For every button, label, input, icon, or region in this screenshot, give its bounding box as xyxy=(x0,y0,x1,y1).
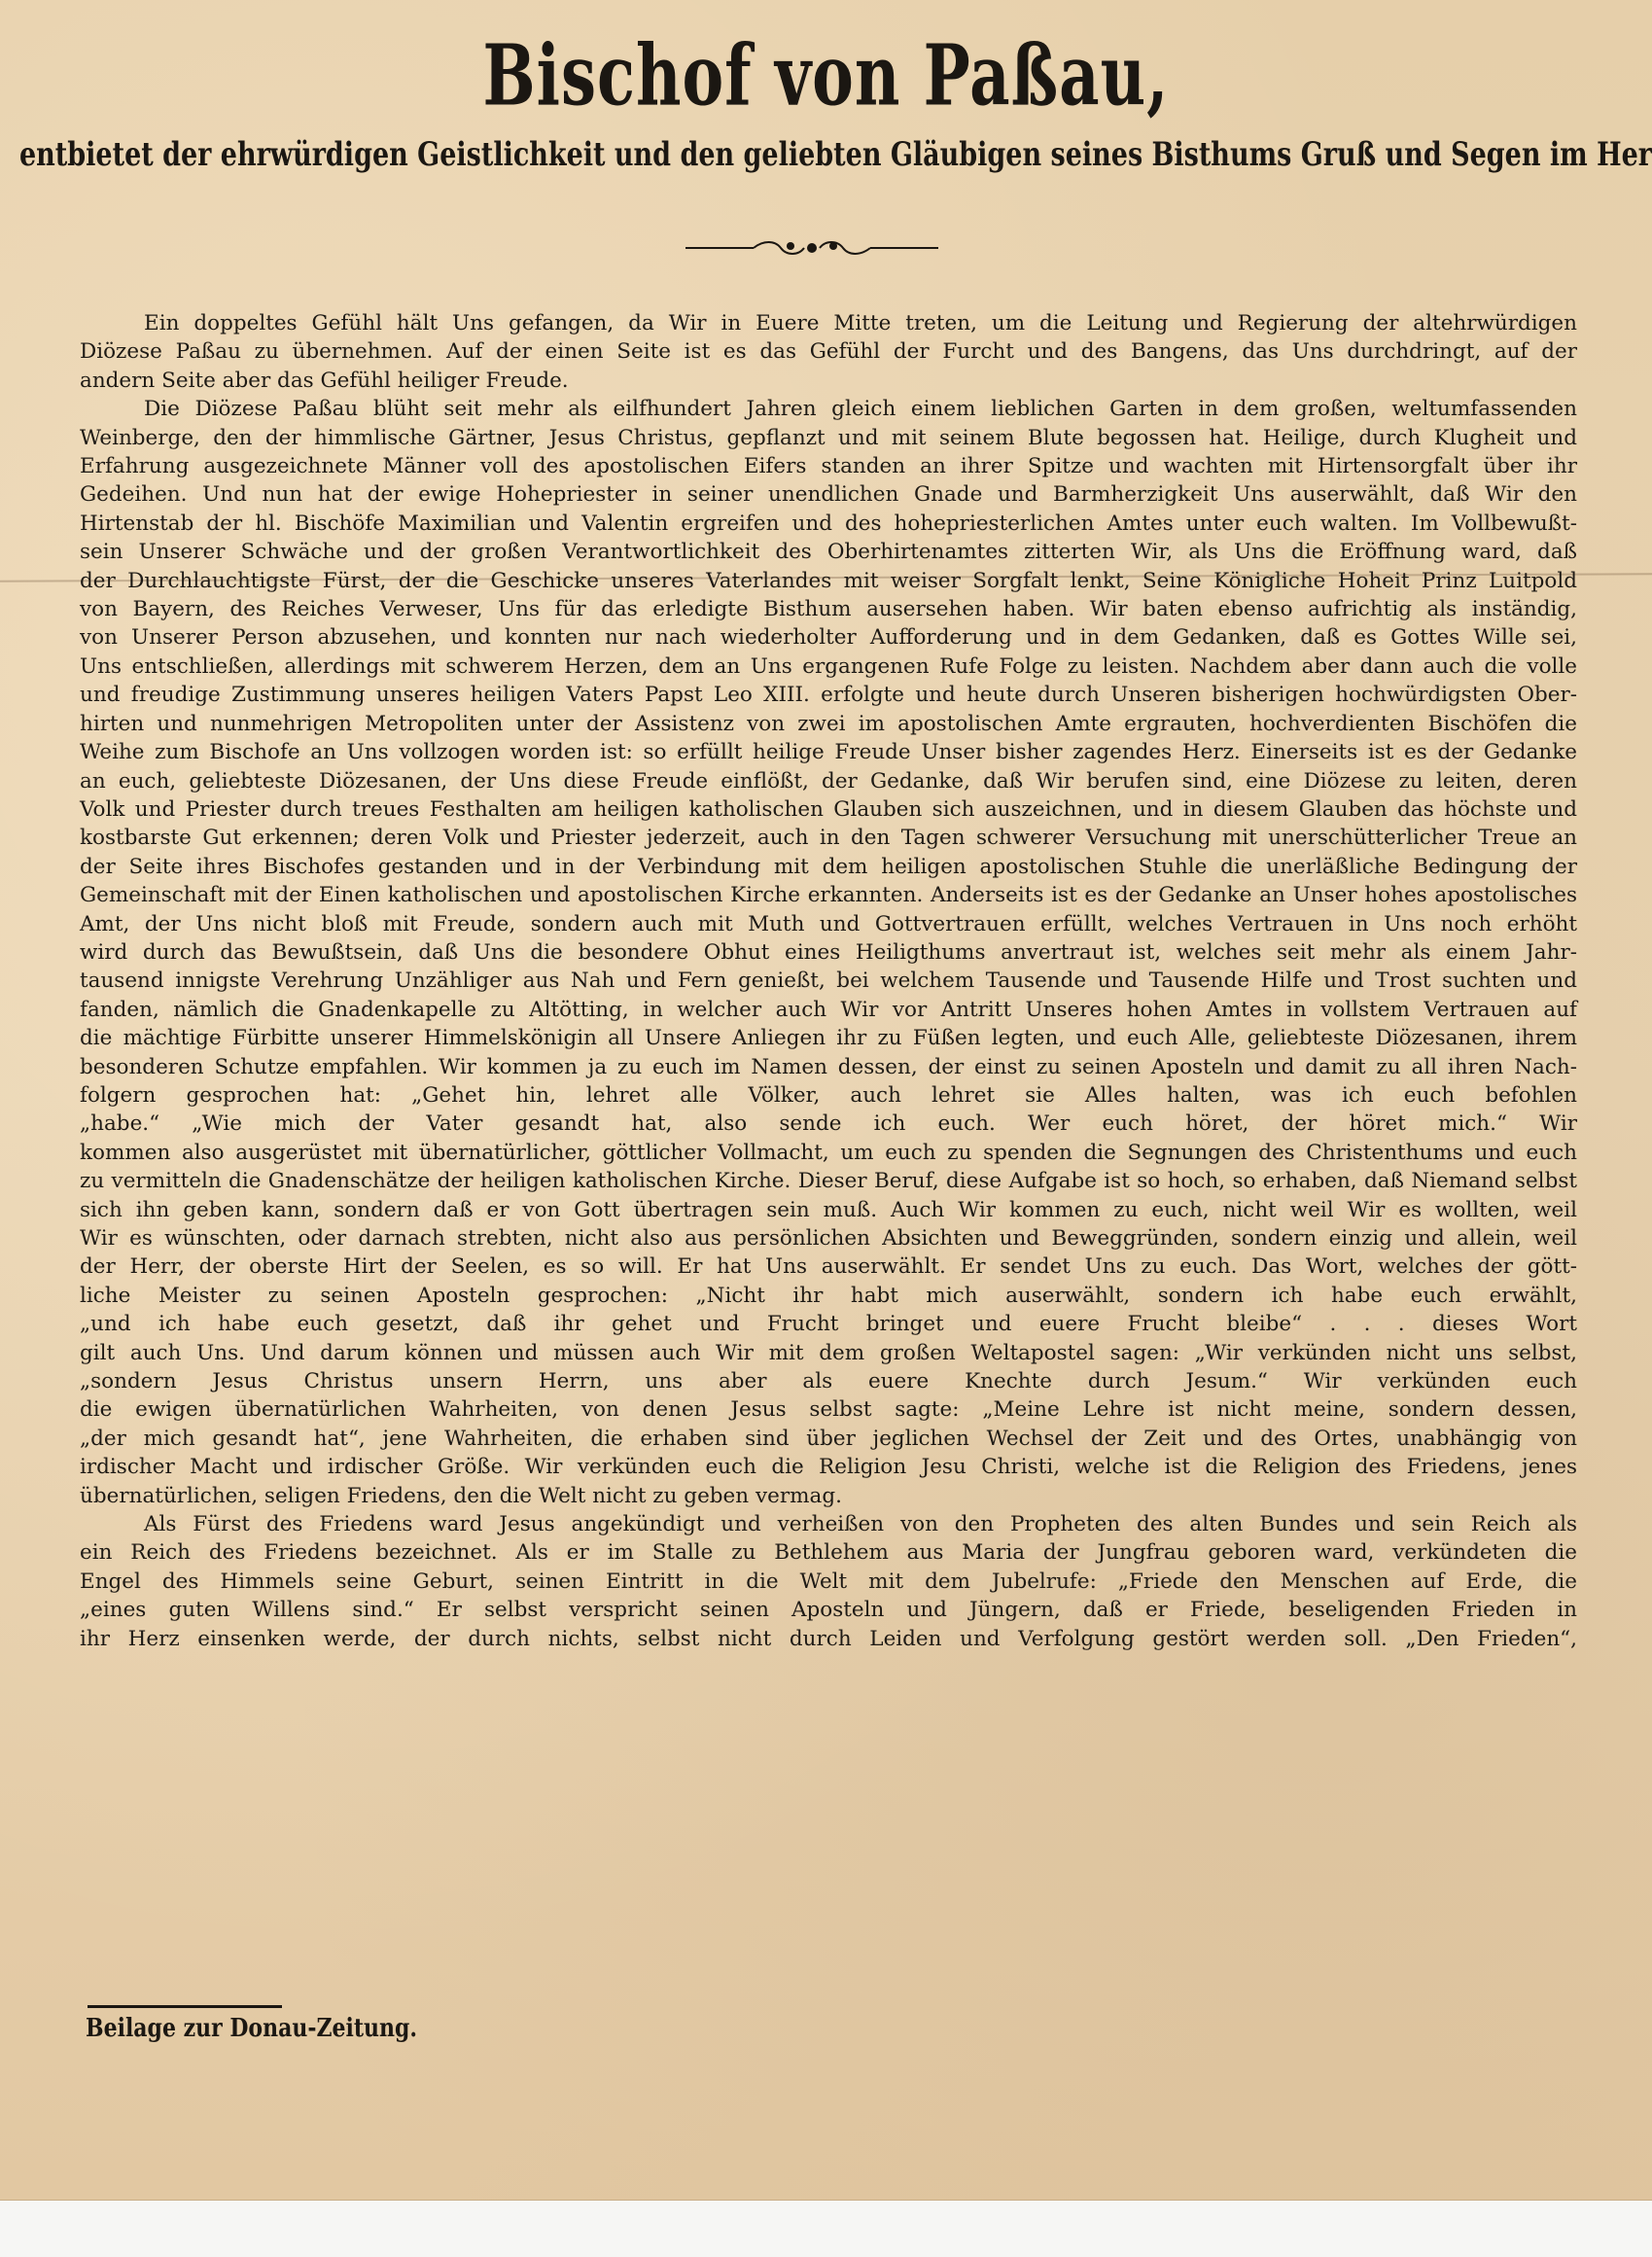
text-line: übernatürlichen, seligen Friedens, den d… xyxy=(80,1482,1577,1510)
text-line: von Unserer Person abzusehen, und konnte… xyxy=(80,623,1577,652)
text-line: tausend innigste Verehrung Unzähliger au… xyxy=(80,967,1577,995)
text-line: „habe.“ „Wie mich der Vater gesandt hat,… xyxy=(80,1110,1577,1138)
page-subtitle: entbietet der ehrwürdigen Geistlichkeit … xyxy=(19,136,1634,174)
text-line: Gemeinschaft mit der Einen katholischen … xyxy=(80,881,1577,909)
text-line: „und ich habe euch gesetzt, daß ihr gehe… xyxy=(80,1310,1577,1338)
text-line: besonderen Schutze empfahlen. Wir kommen… xyxy=(80,1053,1577,1081)
text-line: Diözese Paßau zu übernehmen. Auf der ein… xyxy=(80,337,1577,366)
text-line: der Herr, der oberste Hirt der Seelen, e… xyxy=(80,1252,1577,1281)
text-line: Volk und Priester durch treues Festhalte… xyxy=(80,795,1577,824)
text-line: der Durchlauchtigste Fürst, der die Gesc… xyxy=(80,567,1577,595)
text-line: Wir es wünschten, oder darnach strebten,… xyxy=(80,1224,1577,1252)
text-line: Als Fürst des Friedens ward Jesus angekü… xyxy=(80,1510,1577,1538)
text-line: kommen also ausgerüstet mit übernatürlic… xyxy=(80,1139,1577,1167)
text-line: an euch, geliebteste Diözesanen, der Uns… xyxy=(80,767,1577,795)
footer-supplement-label: Beilage zur Donau-Zeitung. xyxy=(86,2013,417,2043)
page-title: Bischof von Paßau, xyxy=(0,27,1652,125)
decorative-rule-ornament-icon xyxy=(685,237,938,259)
text-line: „sondern Jesus Christus unsern Herrn, un… xyxy=(80,1367,1577,1395)
text-line: von Bayern, des Reiches Verweser, Uns fü… xyxy=(80,595,1577,623)
text-line: hirten und nunmehrigen Metropoliten unte… xyxy=(80,710,1577,738)
text-line: Engel des Himmels seine Geburt, seinen E… xyxy=(80,1568,1577,1596)
text-line: folgern gesprochen hat: „Gehet hin, lehr… xyxy=(80,1081,1577,1110)
scan-margin xyxy=(0,2201,1652,2257)
text-line: liche Meister zu seinen Aposteln gesproc… xyxy=(80,1282,1577,1310)
text-line: Gedeihen. Und nun hat der ewige Hoheprie… xyxy=(80,480,1577,509)
text-line: Erfahrung ausgezeichnete Männer voll des… xyxy=(80,452,1577,480)
text-line: Amt, der Uns nicht bloß mit Freude, sond… xyxy=(80,910,1577,938)
text-line: fanden, nämlich die Gnadenkapelle zu Alt… xyxy=(80,996,1577,1024)
newspaper-page: Bischof von Paßau, entbietet der ehrwürd… xyxy=(0,0,1652,2202)
text-line: ihr Herz einsenken werde, der durch nich… xyxy=(80,1625,1577,1653)
text-line: irdischer Macht und irdischer Größe. Wir… xyxy=(80,1453,1577,1481)
text-line: ein Reich des Friedens bezeichnet. Als e… xyxy=(80,1538,1577,1567)
text-line: „der mich gesandt hat“, jene Wahrheiten,… xyxy=(80,1425,1577,1453)
text-line: Uns entschließen, allerdings mit schwere… xyxy=(80,652,1577,681)
text-line: die ewigen übernatürlichen Wahrheiten, v… xyxy=(80,1395,1577,1424)
text-line: zu vermitteln die Gnadenschätze der heil… xyxy=(80,1167,1577,1195)
text-line: Die Diözese Paßau blüht seit mehr als ei… xyxy=(80,395,1577,423)
text-line: und freudige Zustimmung unseres heiligen… xyxy=(80,681,1577,709)
text-line: „eines guten Willens sind.“ Er selbst ve… xyxy=(80,1596,1577,1624)
footer-rule xyxy=(88,2005,282,2008)
text-line: Weihe zum Bischofe an Uns vollzogen word… xyxy=(80,738,1577,766)
text-line: Hirtenstab der hl. Bischöfe Maximilian u… xyxy=(80,510,1577,538)
text-line: Ein doppeltes Gefühl hält Uns gefangen, … xyxy=(80,309,1577,337)
text-line: sich ihn geben kann, sondern daß er von … xyxy=(80,1196,1577,1224)
text-line: der Seite ihres Bischofes gestanden und … xyxy=(80,853,1577,881)
text-line: wird durch das Bewußtsein, daß Uns die b… xyxy=(80,938,1577,967)
text-line: kostbarste Gut erkennen; deren Volk und … xyxy=(80,824,1577,852)
text-line: die mächtige Fürbitte unserer Himmelskön… xyxy=(80,1024,1577,1052)
body-text: Ein doppeltes Gefühl hält Uns gefangen, … xyxy=(80,309,1577,1653)
text-line: andern Seite aber das Gefühl heiliger Fr… xyxy=(80,367,1577,395)
text-line: gilt auch Uns. Und darum können und müss… xyxy=(80,1339,1577,1367)
text-line: sein Unserer Schwäche und der großen Ver… xyxy=(80,538,1577,566)
text-line: Weinberge, den der himmlische Gärtner, J… xyxy=(80,424,1577,452)
